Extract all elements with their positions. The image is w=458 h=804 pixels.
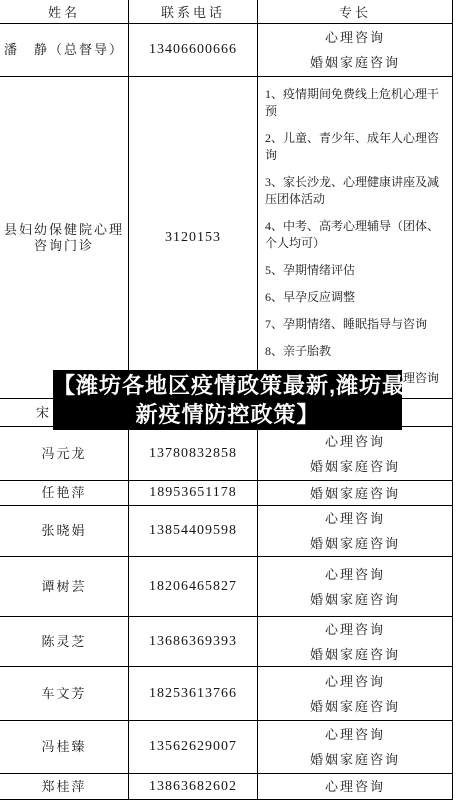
header-specialty: 专长 [258,0,453,23]
specialty-cell: 心理咨询 婚姻家庭咨询 [258,667,453,720]
specialty-line: 婚姻家庭咨询 [310,747,400,772]
table-row: 冯桂臻 13562629007 心理咨询 婚姻家庭咨询 [0,721,453,774]
specialty-item: 8、亲子胎教 [265,343,331,360]
specialty-item: 7、孕期情绪、睡眠指导与咨询 [265,316,427,333]
specialty-line: 心理咨询 [325,617,385,642]
phone-number: 18953651178 [149,485,236,501]
specialty-cell: 心理咨询 婚姻家庭咨询 [258,506,453,556]
specialty-cell: 心理咨询 婚姻家庭咨询 [258,617,453,666]
phone-number: 18206465827 [149,579,237,595]
specialty-line: 婚姻家庭咨询 [310,642,400,667]
specialty-item: 3、家长沙龙、心理健康讲座及减压团体活动 [265,174,447,208]
specialty-cell: 心理咨询 婚姻家庭咨询 [258,557,453,616]
specialty-cell: 心理咨询 [258,774,453,799]
phone-number: 13406600666 [149,42,237,58]
phone-number: 13863682602 [149,779,237,795]
specialty-line: 婚姻家庭咨询 [310,481,400,505]
specialty-cell: 婚姻家庭咨询 [258,481,453,505]
table-row: 县妇幼保健院心理咨询门诊 3120153 1、疫情期间免费线上危机心理干预 2、… [0,77,453,399]
specialty-item: 2、儿童、青少年、成年人心理咨询 [265,130,447,164]
person-name: 潘 静（总督导） [2,42,126,58]
caption-banner: 【潍坊各地区疫情政策最新,潍坊最 新疫情防控政策】 [53,370,402,430]
phone-number: 18253613766 [149,686,237,702]
person-name: 冯桂臻 [39,739,88,755]
specialty-line: 心理咨询 [325,506,385,531]
specialty-cell: 心理咨询 婚姻家庭咨询 [258,427,453,480]
specialty-line: 婚姻家庭咨询 [310,454,400,479]
specialty-line: 婚姻家庭咨询 [310,587,400,612]
person-name: 任艳萍 [39,485,88,501]
specialty-item: 6、早孕反应调整 [265,289,355,306]
person-name: 张晓娟 [39,523,88,539]
table-row: 陈灵芝 13686369393 心理咨询 婚姻家庭咨询 [0,617,453,667]
person-name: 冯元龙 [39,446,88,462]
specialty-line: 心理咨询 [325,429,385,454]
table-row: 任艳萍 18953651178 婚姻家庭咨询 [0,481,453,506]
specialty-cell: 心理咨询 婚姻家庭咨询 [258,24,453,76]
banner-line: 【潍坊各地区疫情政策最新,潍坊最 [53,371,402,400]
header-phone: 联系电话 [129,0,258,23]
person-name: 谭树芸 [39,579,88,595]
phone-number: 13854409598 [149,523,237,539]
person-name: 陈灵芝 [39,634,88,650]
phone-number: 13686369393 [149,634,237,650]
person-name: 县妇幼保健院心理咨询门诊 [0,222,128,254]
specialty-line: 婚姻家庭咨询 [310,50,400,75]
specialty-line: 婚姻家庭咨询 [310,531,400,556]
specialty-line: 心理咨询 [325,562,385,587]
phone-number: 13562629007 [149,739,237,755]
banner-line: 新疫情防控政策】 [53,400,402,429]
specialty-item: 4、中考、高考心理辅导（团体、个人均可） [265,218,447,252]
person-name: 车文芳 [39,686,88,702]
phone-number: 13780832858 [149,446,237,462]
person-name: 郑桂萍 [39,779,88,795]
specialty-line: 心理咨询 [325,25,385,50]
table-row: 冯元龙 13780832858 心理咨询 婚姻家庭咨询 [0,427,453,481]
table-row: 谭树芸 18206465827 心理咨询 婚姻家庭咨询 [0,557,453,617]
table-row: 张晓娟 13854409598 心理咨询 婚姻家庭咨询 [0,506,453,557]
specialty-item: 1、疫情期间免费线上危机心理干预 [265,86,447,120]
table-row: 车文芳 18253613766 心理咨询 婚姻家庭咨询 [0,667,453,721]
specialty-cell: 1、疫情期间免费线上危机心理干预 2、儿童、青少年、成年人心理咨询 3、家长沙龙… [258,77,453,398]
specialty-line: 婚姻家庭咨询 [310,694,400,719]
table-row: 潘 静（总督导） 13406600666 心理咨询 婚姻家庭咨询 [0,24,453,77]
phone-number: 3120153 [165,230,221,246]
specialty-line: 心理咨询 [325,669,385,694]
specialty-cell: 心理咨询 婚姻家庭咨询 [258,721,453,773]
specialty-line: 心理咨询 [325,722,385,747]
header-name: 姓名 [0,0,129,23]
specialty-line: 心理咨询 [325,774,385,799]
specialty-item: 5、孕期情绪评估 [265,262,355,279]
table-row: 郑桂萍 13863682602 心理咨询 [0,774,453,800]
header-row: 姓名 联系电话 专长 [0,0,453,24]
